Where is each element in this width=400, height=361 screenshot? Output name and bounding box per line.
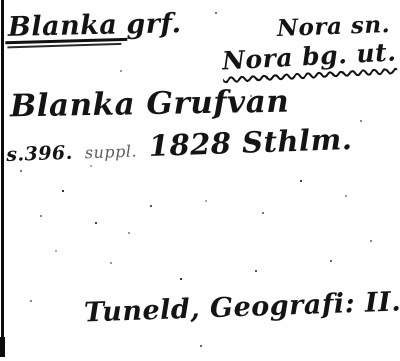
scan-edge-mark: [0, 337, 5, 357]
card-heading-abbrev: grf.: [126, 8, 182, 40]
archive-card: Blankagrf. Nora sn. Nora bg. ut. Blanka …: [0, 0, 400, 361]
parish-label: Nora sn.: [276, 11, 390, 42]
card-heading: Blankagrf.: [8, 8, 182, 46]
scan-noise-specks: [0, 0, 2, 2]
page-reference: s.396.: [6, 142, 73, 166]
supplement-note: suppl.: [84, 141, 137, 162]
year-and-place: 1828 Sthlm.: [148, 122, 353, 163]
district-label-text: Nora bg. ut.: [221, 37, 397, 75]
district-label: Nora bg. ut.: [221, 37, 397, 75]
card-heading-name: Blanka: [8, 10, 118, 46]
source-citation: Tuneld, Geografi: II.: [84, 286, 400, 328]
entry-title: Blanka Grufvan: [10, 84, 290, 125]
entry-reference: s.396. suppl. 1828 Sthlm.: [6, 122, 353, 168]
scan-edge-line: [1, 0, 4, 342]
